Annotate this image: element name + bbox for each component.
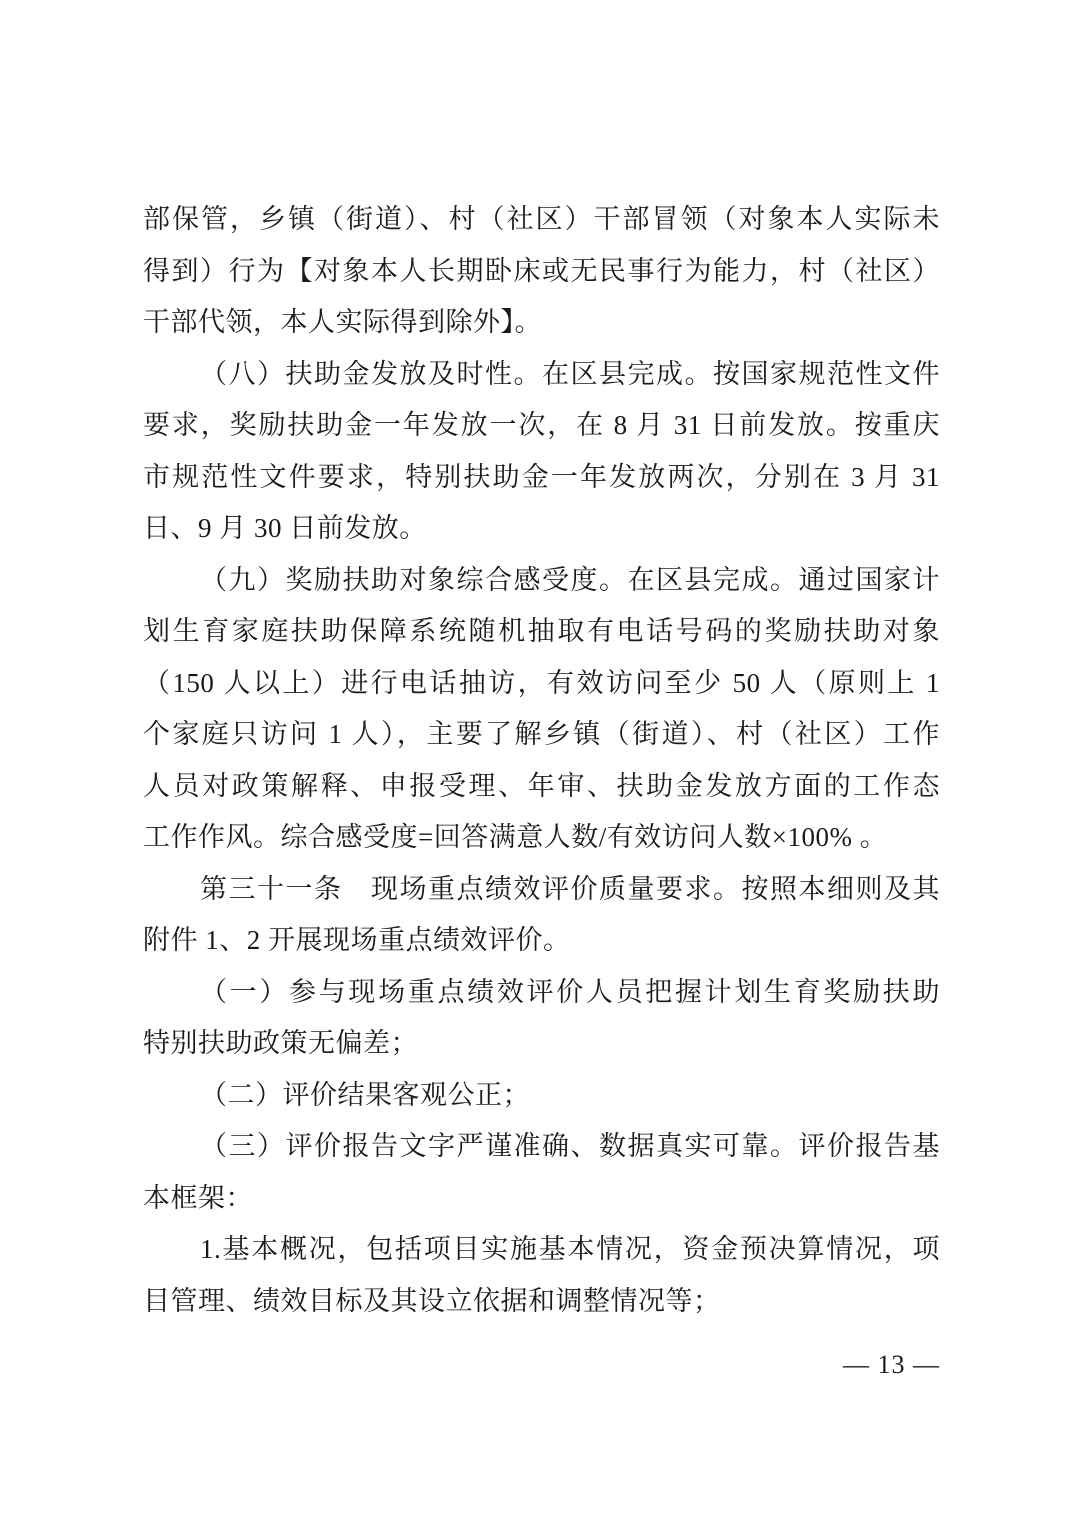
text-line: 得到）行为【对象本人长期卧床或无民事行为能力，村（社区）	[143, 246, 940, 298]
text-line: （三）评价报告文字严谨准确、数据真实可靠。评价报告基	[143, 1121, 940, 1173]
text-line: 要求，奖励扶助金一年发放一次，在 8 月 31 日前发放。按重庆	[143, 400, 940, 452]
para-eval-req-3: （三）评价报告文字严谨准确、数据真实可靠。评价报告基本框架：	[143, 1121, 940, 1224]
text-line: （150 人以上）进行电话抽访，有效访问至少 50 人（原则上 1	[143, 658, 940, 710]
text-line: （一）参与现场重点绩效评价人员把握计划生育奖励扶助	[143, 967, 940, 1019]
text-line: 部保管，乡镇（街道）、村（社区）干部冒领（对象本人实际未	[143, 194, 940, 246]
para-framework-point-1: 1.基本概况，包括项目实施基本情况，资金预决算情况，项目管理、绩效目标及其设立依…	[143, 1224, 940, 1327]
text-line: 本框架：	[143, 1173, 940, 1225]
text-line: 特别扶助政策无偏差；	[143, 1018, 940, 1070]
text-line: 市规范性文件要求，特别扶助金一年发放两次，分别在 3 月 31	[143, 452, 940, 504]
text-line: （九）奖励扶助对象综合感受度。在区县完成。通过国家计	[143, 555, 940, 607]
text-line: 干部代领，本人实际得到除外】。	[143, 297, 940, 349]
para-eval-req-2: （二）评价结果客观公正；	[143, 1070, 940, 1122]
text-line: 附件 1、2 开展现场重点绩效评价。	[143, 915, 940, 967]
text-line: 第三十一条 现场重点绩效评价质量要求。按照本细则及其	[143, 864, 940, 916]
para-eval-req-1: （一）参与现场重点绩效评价人员把握计划生育奖励扶助特别扶助政策无偏差；	[143, 967, 940, 1070]
page-number: — 13 —	[843, 1348, 940, 1382]
text-line: 划生育家庭扶助保障系统随机抽取有电话号码的奖励扶助对象	[143, 606, 940, 658]
text-line: 工作作风。综合感受度=回答满意人数/有效访问人数×100% 。	[143, 812, 940, 864]
text-line: 日、9 月 30 日前发放。	[143, 503, 940, 555]
para-continuation: 部保管，乡镇（街道）、村（社区）干部冒领（对象本人实际未得到）行为【对象本人长期…	[143, 194, 940, 349]
para-item-8: （八）扶助金发放及时性。在区县完成。按国家规范性文件要求，奖励扶助金一年发放一次…	[143, 349, 940, 555]
text-line: 个家庭只访问 1 人），主要了解乡镇（街道）、村（社区）工作	[143, 709, 940, 761]
para-item-9: （九）奖励扶助对象综合感受度。在区县完成。通过国家计划生育家庭扶助保障系统随机抽…	[143, 555, 940, 864]
text-line: 人员对政策解释、申报受理、年审、扶助金发放方面的工作态度、	[143, 761, 940, 813]
text-line: 1.基本概况，包括项目实施基本情况，资金预决算情况，项	[143, 1224, 940, 1276]
document-body: 部保管，乡镇（街道）、村（社区）干部冒领（对象本人实际未得到）行为【对象本人长期…	[143, 194, 940, 1327]
text-line: （八）扶助金发放及时性。在区县完成。按国家规范性文件	[143, 349, 940, 401]
text-line: （二）评价结果客观公正；	[143, 1070, 940, 1122]
text-line: 目管理、绩效目标及其设立依据和调整情况等；	[143, 1276, 940, 1328]
document-page: 部保管，乡镇（街道）、村（社区）干部冒领（对象本人实际未得到）行为【对象本人长期…	[0, 0, 1074, 1520]
para-article-31: 第三十一条 现场重点绩效评价质量要求。按照本细则及其附件 1、2 开展现场重点绩…	[143, 864, 940, 967]
